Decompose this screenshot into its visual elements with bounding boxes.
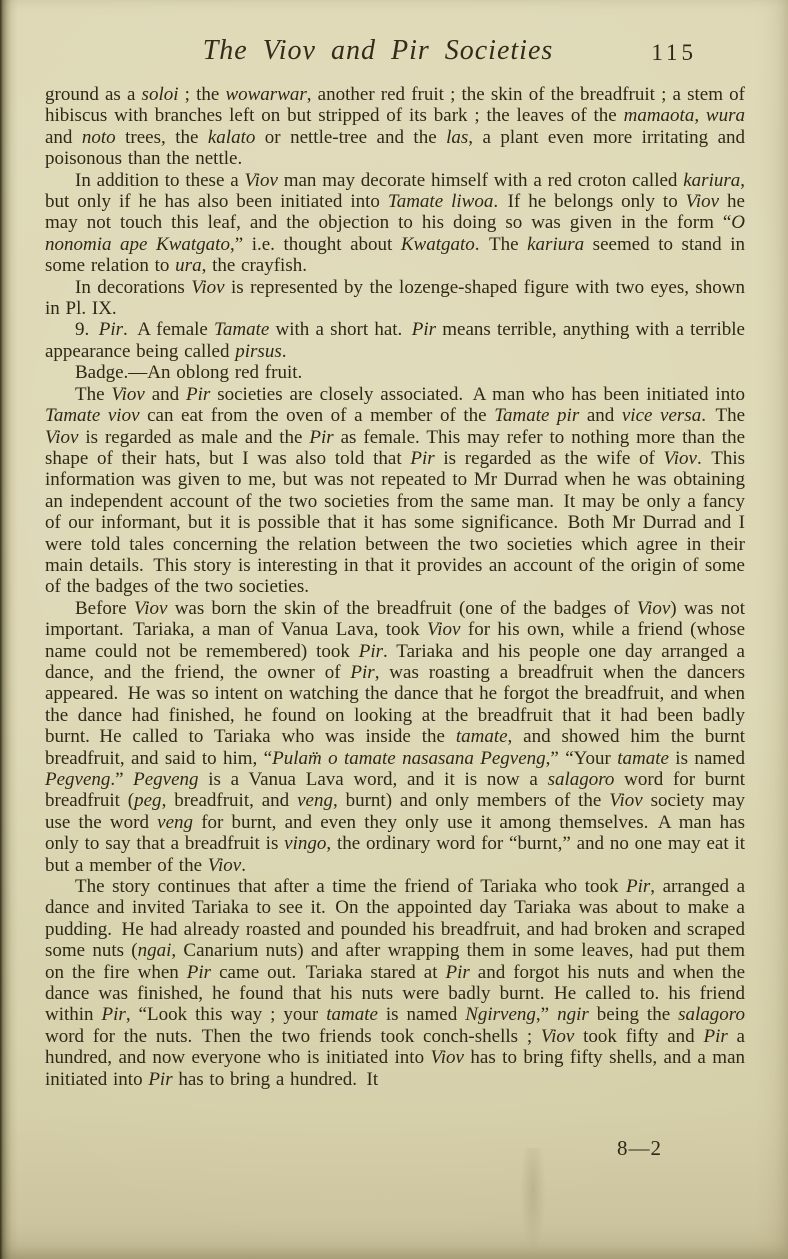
- italic-text: Pir: [412, 319, 436, 340]
- italic-text: Viov: [664, 448, 697, 469]
- text: .: [241, 855, 246, 876]
- italic-text: Viov: [111, 384, 144, 405]
- italic-text: tamate: [617, 748, 669, 769]
- italic-text: noto: [82, 127, 116, 148]
- italic-text: Pir: [410, 448, 434, 469]
- text: , the crayfish.: [202, 255, 307, 276]
- italic-text: Pir: [102, 1004, 126, 1025]
- paragraph: The story continues that after a time th…: [45, 876, 745, 1090]
- italic-text: Viov: [134, 598, 167, 619]
- text: ,” i.e. thought about: [230, 234, 401, 255]
- text: is a Vanua Lava word, and it is now a: [199, 769, 548, 790]
- text: ground as a: [45, 84, 142, 105]
- scan-smudge: [520, 1148, 546, 1253]
- italic-text: vice versa: [622, 405, 701, 426]
- text: , “Look this way ; your: [126, 1004, 326, 1025]
- text: . The: [701, 405, 745, 426]
- text: can eat from the oven of a member of the: [140, 405, 495, 426]
- text: societies are closely associated. A man …: [210, 384, 745, 405]
- text: was born the skin of the breadfruit (one…: [167, 598, 636, 619]
- text: ; the: [179, 84, 226, 105]
- italic-text: kalato: [208, 127, 256, 148]
- text: The: [75, 384, 111, 405]
- italic-text: peg: [134, 790, 161, 811]
- italic-text: Viov: [191, 277, 224, 298]
- italic-text: Tamate: [214, 319, 269, 340]
- italic-text: Kwatgato: [401, 234, 475, 255]
- text: Before: [75, 598, 134, 619]
- italic-text: wura: [706, 105, 745, 126]
- italic-text: Tamate pir: [494, 405, 579, 426]
- text: ,”: [536, 1004, 557, 1025]
- italic-text: Viov: [244, 170, 277, 191]
- italic-text: ura: [175, 255, 201, 276]
- italic-text: tamate: [456, 726, 508, 747]
- italic-text: Viov: [431, 1047, 464, 1068]
- paragraph: Before Viov was born the skin of the bre…: [45, 598, 745, 876]
- italic-text: Viov: [686, 191, 719, 212]
- text: and: [45, 127, 82, 148]
- italic-text: tamate: [326, 1004, 378, 1025]
- text: is regarded as male and the: [78, 427, 309, 448]
- italic-text: ngai: [138, 940, 172, 961]
- italic-text: Viov: [208, 855, 241, 876]
- page-header: The Viov and Pir Societies 115: [45, 34, 745, 76]
- paragraph: Badge.—An oblong red fruit.: [45, 362, 745, 383]
- italic-text: Pir: [186, 384, 210, 405]
- italic-text: vingo: [284, 833, 326, 854]
- paragraph: 9. Pir. A female Tamate with a short hat…: [45, 319, 745, 362]
- italic-text: kariura: [527, 234, 584, 255]
- italic-text: Pir: [703, 1026, 727, 1047]
- paragraph: In addition to these a Viov man may deco…: [45, 170, 745, 277]
- signature-mark: 8—2: [45, 1136, 662, 1161]
- italic-text: Pir: [148, 1069, 172, 1090]
- text: In addition to these a: [75, 170, 244, 191]
- text: ,” “Your: [546, 748, 618, 769]
- italic-text: Pir: [626, 876, 650, 897]
- text: being the: [589, 1004, 678, 1025]
- italic-text: Ngirveng: [465, 1004, 536, 1025]
- text: , burnt) and only members of the: [333, 790, 609, 811]
- italic-text: Pir: [309, 427, 333, 448]
- text: ,: [694, 105, 706, 126]
- text: . The: [475, 234, 527, 255]
- text: word for the nuts. Then the two friends …: [45, 1026, 541, 1047]
- text: In decorations: [75, 277, 191, 298]
- text: . A female: [123, 319, 214, 340]
- italic-text: mamaota: [624, 105, 695, 126]
- text: .”: [110, 769, 133, 790]
- italic-text: Viov: [637, 598, 670, 619]
- text: has to bring a hundred. It: [173, 1069, 379, 1090]
- text: . If he belongs only to: [493, 191, 685, 212]
- text: is named: [669, 748, 745, 769]
- italic-text: pirsus: [235, 341, 281, 362]
- italic-text: las: [446, 127, 468, 148]
- text: is regarded as the wife of: [435, 448, 664, 469]
- text: trees, the: [116, 127, 208, 148]
- text: and: [579, 405, 622, 426]
- italic-text: Pir: [359, 641, 383, 662]
- text: or nettle-tree and the: [255, 127, 446, 148]
- italic-text: ngir: [557, 1004, 589, 1025]
- italic-text: Pir: [350, 662, 374, 683]
- text: came out. Tariaka stared at: [211, 962, 445, 983]
- italic-text: Viov: [541, 1026, 574, 1047]
- italic-text: veng: [157, 812, 193, 833]
- text: The story continues that after a time th…: [75, 876, 626, 897]
- italic-text: salagoro: [548, 769, 615, 790]
- text: . This information was given to me, but …: [45, 448, 745, 597]
- text: Badge.—An oblong red fruit.: [75, 362, 302, 383]
- page-gutter-shadow: [0, 0, 18, 1259]
- text: .: [282, 341, 287, 362]
- text: with a short hat.: [269, 319, 411, 340]
- italic-text: kariura: [683, 170, 740, 191]
- italic-text: Viov: [609, 790, 642, 811]
- paragraph: The Viov and Pir societies are closely a…: [45, 384, 745, 598]
- book-page: The Viov and Pir Societies 115 ground as…: [0, 0, 788, 1259]
- text: is named: [378, 1004, 465, 1025]
- italic-text: Viov: [427, 619, 460, 640]
- italic-text: Tamate liwoa: [388, 191, 493, 212]
- italic-text: wowarwar: [225, 84, 306, 105]
- text: 9.: [75, 319, 99, 340]
- italic-text: veng: [297, 790, 333, 811]
- running-title: The Viov and Pir Societies: [45, 34, 745, 68]
- paragraph: In decorations Viov is represented by th…: [45, 277, 745, 320]
- text: and: [145, 384, 186, 405]
- text: , breadfruit, and: [162, 790, 298, 811]
- italic-text: Pir: [187, 962, 211, 983]
- italic-text: Viov: [45, 427, 78, 448]
- text: man may decorate himself with a red crot…: [278, 170, 683, 191]
- italic-text: Pegveng: [45, 769, 110, 790]
- italic-text: Tamate viov: [45, 405, 140, 426]
- italic-text: Pir: [99, 319, 123, 340]
- paragraph: ground as a soloi ; the wowarwar, anothe…: [45, 84, 745, 170]
- text: took fifty and: [574, 1026, 703, 1047]
- italic-text: soloi: [142, 84, 179, 105]
- italic-text: Pir: [445, 962, 469, 983]
- page-number: 115: [651, 40, 697, 66]
- body-text: ground as a soloi ; the wowarwar, anothe…: [45, 84, 745, 1090]
- italic-text: Pulam̈ o tamate nasasana Pegveng: [272, 748, 546, 769]
- italic-text: Pegveng: [133, 769, 198, 790]
- italic-text: salagoro: [678, 1004, 745, 1025]
